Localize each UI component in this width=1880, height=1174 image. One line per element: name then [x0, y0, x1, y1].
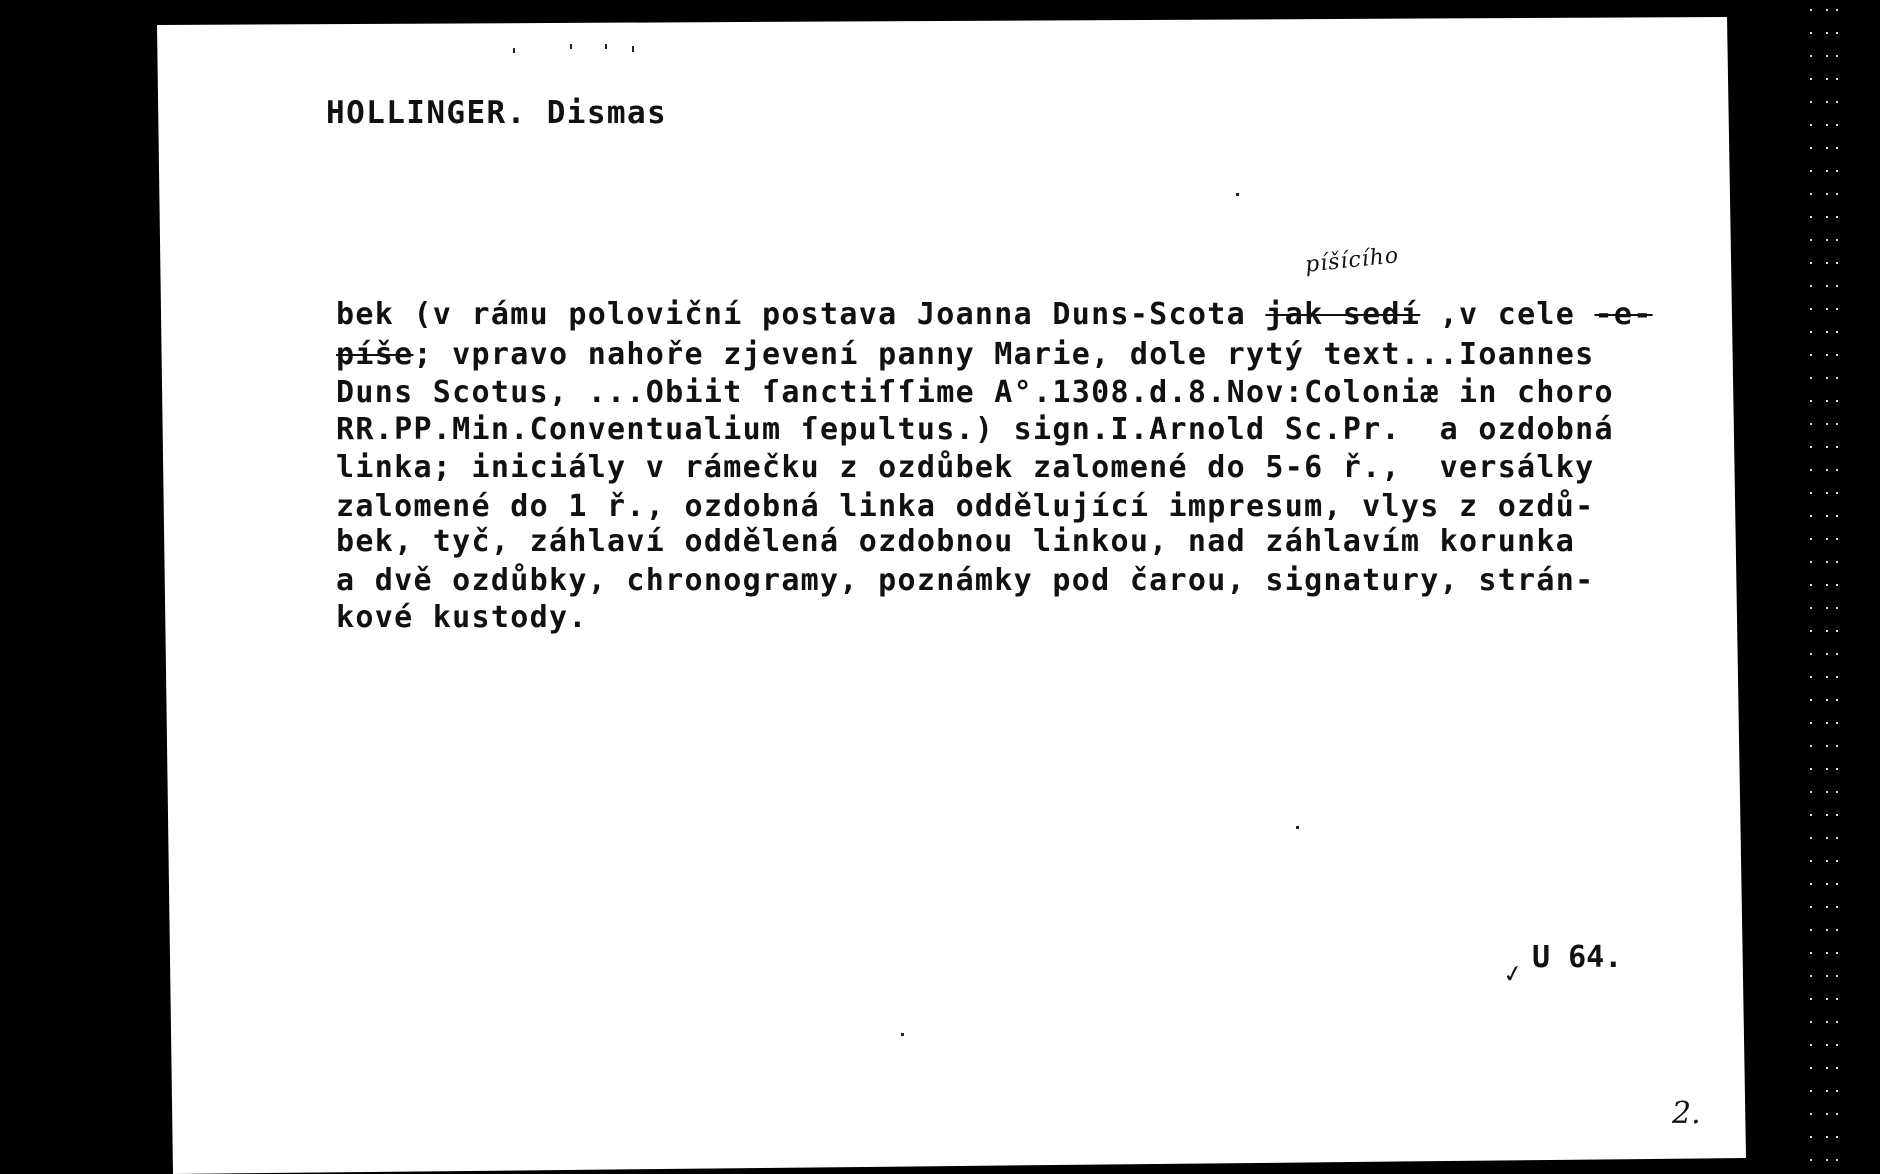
scan-speck: [1296, 826, 1299, 829]
scan-speck: [570, 44, 572, 49]
struck-text: píše: [336, 337, 413, 372]
body-line-3: Duns Scotus, ...Obiit ſanctiſſime A°.130…: [336, 378, 1614, 408]
scan-speck: [901, 1033, 904, 1036]
card-number: 2.: [1672, 1096, 1701, 1131]
scan-edge-noise: [1836, 0, 1838, 1174]
struck-text: -e-: [1595, 297, 1653, 332]
body-line-9: kové kustody.: [336, 603, 588, 633]
card-heading-author: HOLLINGER. Dismas: [326, 98, 667, 129]
scan-edge-noise: [1826, 0, 1828, 1174]
body-line-8: a dvě ozdůbky, chronogramy, poznámky pod…: [336, 566, 1595, 596]
shelfmark: U 64.: [1532, 940, 1622, 975]
checkmark-icon: ✓: [1501, 958, 1526, 989]
body-text: ; vpravo nahoře zjevení panny Marie, dol…: [413, 337, 1594, 372]
body-line-5: linka; iniciály v rámečku z ozdůbek zalo…: [336, 453, 1595, 483]
body-text: bek (v rámu poloviční postava Joanna Dun…: [336, 297, 1265, 332]
body-line-2: píše; vpravo nahoře zjevení panny Marie,…: [336, 340, 1595, 370]
struck-text: jak sedí: [1265, 297, 1420, 332]
scanned-catalog-card-view: HOLLINGER. Dismas píšícího bek (v rámu p…: [0, 0, 1880, 1174]
scan-speck: [632, 46, 634, 52]
handwritten-correction: píšícího: [1304, 243, 1400, 278]
body-line-7: bek, tyč, záhlaví oddělená ozdobnou link…: [336, 527, 1575, 557]
scan-speck: [513, 48, 515, 53]
body-line-4: RR.PP.Min.Conventualium ſepultus.) sign.…: [336, 415, 1614, 445]
body-text: ,v cele: [1420, 297, 1594, 332]
scan-edge-noise: [1810, 0, 1812, 1174]
body-line-6: zalomené do 1 ř., ozdobná linka oddělují…: [336, 492, 1595, 522]
scan-speck: [605, 44, 607, 49]
catalog-card: HOLLINGER. Dismas píšícího bek (v rámu p…: [0, 0, 1880, 1174]
body-line-1: bek (v rámu poloviční postava Joanna Dun…: [336, 300, 1653, 330]
scan-speck: [1236, 193, 1239, 196]
